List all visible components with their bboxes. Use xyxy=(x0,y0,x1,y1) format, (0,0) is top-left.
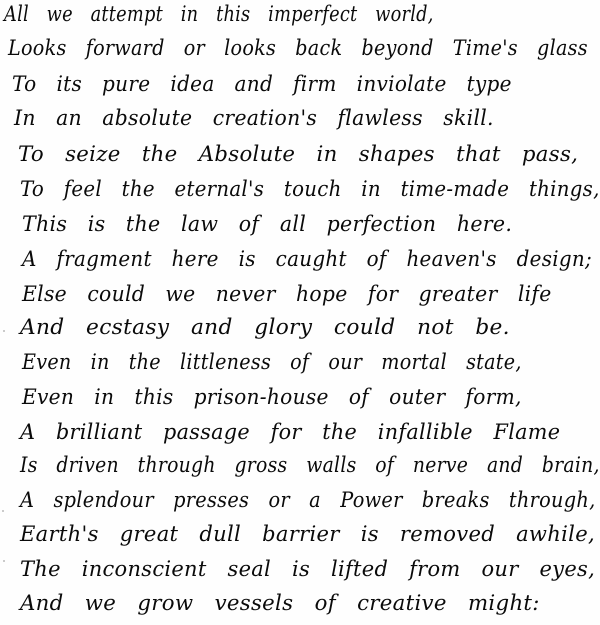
paper-speck xyxy=(3,560,5,562)
poem-line: Earth's great dull barrier is removed aw… xyxy=(20,522,595,546)
poem-line: To feel the eternal's touch in time-made… xyxy=(20,177,600,201)
poem-line: To its pure idea and firm inviolate type xyxy=(12,72,512,96)
poem-line: Else could we never hope for greater lif… xyxy=(22,282,552,306)
paper-speck xyxy=(2,510,4,512)
poem-line: Even in this prison-house of outer form, xyxy=(22,385,522,409)
poem-line: Is driven through gross walls of nerve a… xyxy=(20,453,600,477)
paper-speck xyxy=(3,330,5,332)
poem-line: All we attempt in this imperfect world, xyxy=(4,2,434,26)
poem-line: This is the law of all perfection here. xyxy=(22,212,512,236)
poem-line: A brilliant passage for the infallible F… xyxy=(20,420,560,444)
poem-line: A splendour presses or a Power breaks th… xyxy=(20,488,595,512)
poem-line: A fragment here is caught of heaven's de… xyxy=(22,247,592,271)
poem-line: And ecstasy and glory could not be. xyxy=(20,315,510,339)
poem-line: Looks forward or looks back beyond Time'… xyxy=(8,36,588,60)
poem-line: To seize the Absolute in shapes that pas… xyxy=(18,142,578,166)
poem-line: In an absolute creation's flawless skill… xyxy=(14,106,494,130)
poem-line: And we grow vessels of creative might: xyxy=(20,591,540,615)
manuscript-page: All we attempt in this imperfect world, … xyxy=(0,0,600,625)
poem-line: Even in the littleness of our mortal sta… xyxy=(22,350,522,374)
poem-line: The inconscient seal is lifted from our … xyxy=(20,557,595,581)
